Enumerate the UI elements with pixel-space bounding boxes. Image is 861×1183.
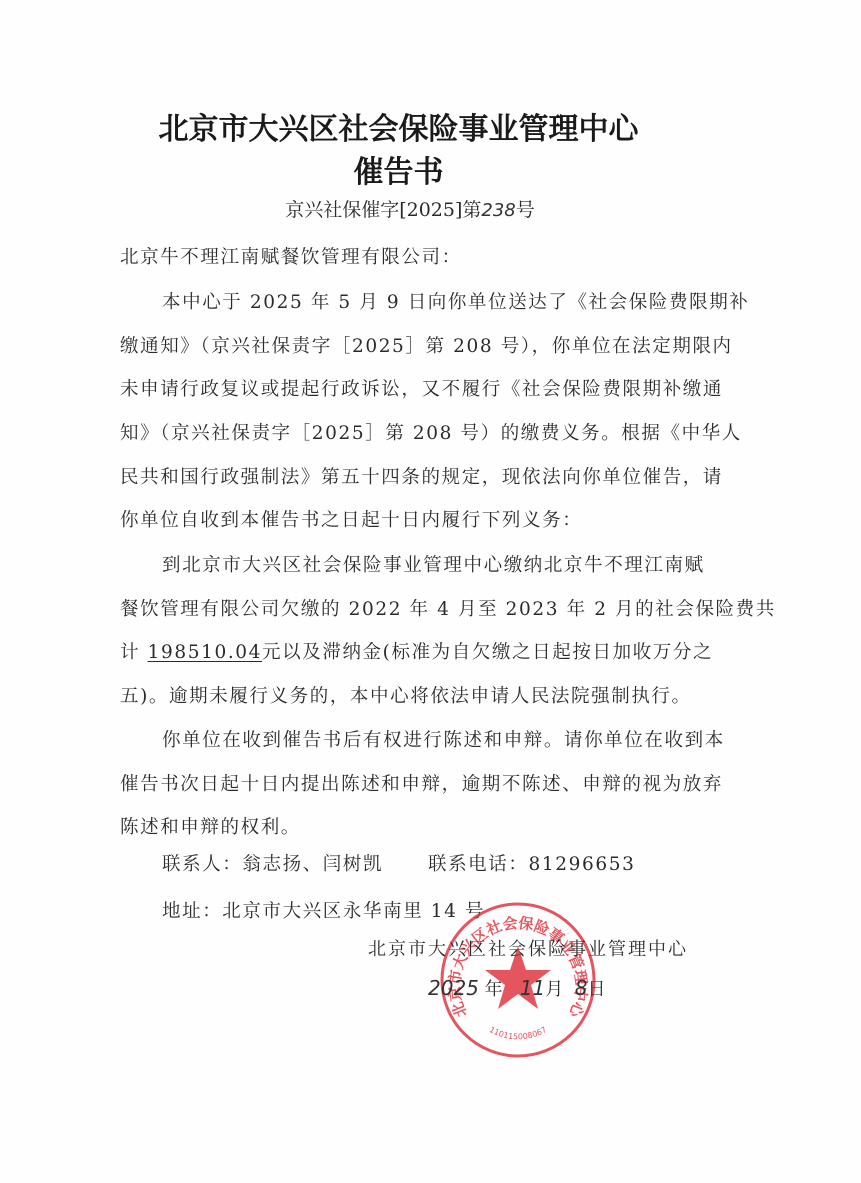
issuer-title: 北京市大兴区社会保险事业管理中心 bbox=[0, 104, 797, 148]
date-month-handwritten: 11 bbox=[520, 976, 545, 1000]
document-number-suffix: 号 bbox=[516, 199, 535, 221]
issue-date: 2025 年 11月 8日 bbox=[428, 975, 605, 1001]
date-year-label: 年 bbox=[485, 979, 503, 1000]
date-year-handwritten: 2025 bbox=[428, 976, 479, 1000]
body-line: 陈述和申辩的权利。 bbox=[120, 813, 710, 839]
amount-prefix: 计 bbox=[120, 642, 148, 663]
date-day-label: 日 bbox=[587, 979, 605, 1000]
body-line: 知》（京兴社保责字［2025］第 208 号）的缴费义务。根据《中华人 bbox=[120, 419, 710, 445]
date-day-handwritten: 8 bbox=[575, 976, 588, 1000]
body-line: 五)。逾期未履行义务的，本中心将依法申请人民法院强制执行。 bbox=[120, 682, 710, 708]
document-page: 北京市大兴区社会保险事业管理中心 催告书 京兴社保催字[2025]第238号 北… bbox=[0, 0, 861, 1183]
date-month-label: 月 bbox=[545, 979, 563, 1000]
body-line: 你单位自收到本催告书之日起十日内履行下列义务： bbox=[120, 506, 710, 532]
document-type-title: 催告书 bbox=[0, 147, 797, 191]
body-line: 民共和国行政强制法》第五十四条的规定，现依法向你单位催告，请 bbox=[120, 463, 710, 489]
body-line: 催告书次日起十日内提出陈述和申辩，逾期不陈述、申辩的视为放弃 bbox=[120, 770, 710, 796]
svg-text:110115008067: 110115008067 bbox=[488, 1025, 548, 1041]
addressee: 北京牛不理江南赋餐饮管理有限公司： bbox=[120, 243, 710, 269]
body-line: 餐饮管理有限公司欠缴的 2022 年 4 月至 2023 年 2 月的社会保险费… bbox=[120, 595, 710, 621]
amount-due: 198510.04 bbox=[148, 642, 262, 663]
body-line: 到北京市大兴区社会保险事业管理中心缴纳北京牛不理江南赋 bbox=[162, 551, 752, 577]
body-line: 未申请行政复议或提起行政诉讼，又不履行《社会保险费限期补缴通 bbox=[120, 375, 710, 401]
document-number-handwritten: 238 bbox=[481, 200, 515, 221]
amount-line: 计 198510.04元以及滞纳金(标准为自欠缴之日起按日加收万分之 bbox=[120, 638, 710, 664]
body-line: 缴通知》（京兴社保责字［2025］第 208 号），你单位在法定期限内 bbox=[120, 332, 710, 358]
body-line: 你单位在收到催告书后有权进行陈述和申辩。请你单位在收到本 bbox=[162, 726, 752, 752]
document-number: 京兴社保催字[2025]第238号 bbox=[0, 195, 820, 222]
signature-issuer: 北京市大兴区社会保险事业管理中心 bbox=[368, 935, 688, 961]
document-number-prefix: 京兴社保催字[2025]第 bbox=[285, 199, 481, 221]
contact-line: 联系人：翁志扬、闫树凯 联系电话：81296653 bbox=[162, 850, 752, 876]
amount-suffix: 元以及滞纳金(标准为自欠缴之日起按日加收万分之 bbox=[262, 642, 713, 663]
body-line: 本中心于 2025 年 5 月 9 日向你单位送达了《社会保险费限期补 bbox=[162, 288, 752, 314]
